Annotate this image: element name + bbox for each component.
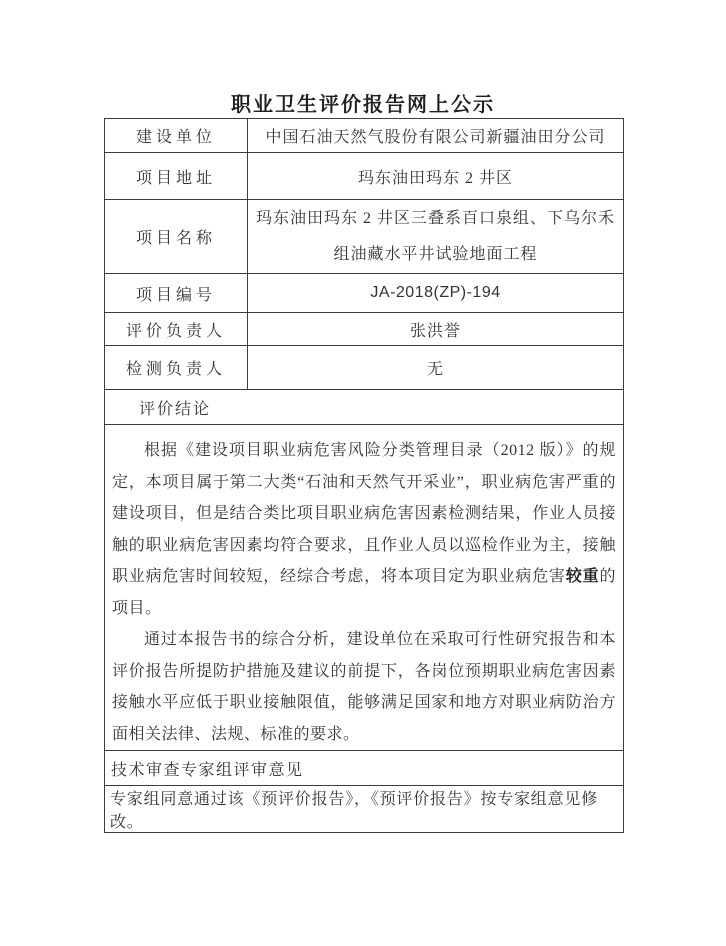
row-label-evaluation-leader: 评价负责人: [105, 313, 248, 346]
row-label-project-address: 项目地址: [105, 153, 248, 200]
row-value-evaluation-leader: 张洪誉: [248, 313, 624, 346]
review-opinion: 专家组同意通过该《预评价报告》，《预评价报告》按专家组意见修改。: [105, 786, 624, 833]
conclusion-paragraph-2: 通过本报告书的综合分析，建设单位在采取可行性研究报告和本评价报告所提防护措施及建…: [112, 624, 616, 750]
review-header: 技术审查专家组评审意见: [105, 751, 624, 786]
table-row-review-header: 技术审查专家组评审意见: [105, 751, 624, 786]
table-row-project-number: 项目编号 JA-2018(ZP)-194: [105, 274, 624, 313]
row-value-project-address: 玛东油田玛东 2 井区: [248, 153, 624, 200]
row-value-project-name: 玛东油田玛东 2 井区三叠系百口泉组、下乌尔禾 组油藏水平井试验地面工程: [248, 200, 624, 274]
row-value-testing-leader: 无: [248, 346, 624, 390]
conclusion-body: 根据《建设项目职业病危害风险分类管理目录（2012 版）》的规定，本项目属于第二…: [105, 425, 624, 751]
table-row-conclusion-header: 评价结论: [105, 390, 624, 425]
table-row-evaluation-leader: 评价负责人 张洪誉: [105, 313, 624, 346]
conclusion-paragraph-1-text: 根据《建设项目职业病危害风险分类管理目录（2012 版）》的规定，本项目属于第二…: [112, 442, 616, 585]
row-label-project-name: 项目名称: [105, 200, 248, 274]
project-name-line-1: 玛东油田玛东 2 井区三叠系百口泉组、下乌尔禾: [248, 201, 623, 237]
conclusion-header: 评价结论: [105, 390, 624, 425]
table-row-conclusion-body: 根据《建设项目职业病危害风险分类管理目录（2012 版）》的规定，本项目属于第二…: [105, 425, 624, 751]
table-row-construction-unit: 建设单位 中国石油天然气股份有限公司新疆油田分公司: [105, 119, 624, 153]
project-name-line-2: 组油藏水平井试验地面工程: [248, 237, 623, 273]
table-row-testing-leader: 检测负责人 无: [105, 346, 624, 390]
document-page: 职业卫生评价报告网上公示 建设单位 中国石油天然气股份有限公司新疆油田分公司 项…: [0, 0, 726, 946]
table-row-project-name: 项目名称 玛东油田玛东 2 井区三叠系百口泉组、下乌尔禾 组油藏水平井试验地面工…: [105, 200, 624, 274]
table-row-review-opinion: 专家组同意通过该《预评价报告》，《预评价报告》按专家组意见修改。: [105, 786, 624, 833]
conclusion-paragraph-1-emphasis: 较重: [566, 568, 600, 585]
table-row-project-address: 项目地址 玛东油田玛东 2 井区: [105, 153, 624, 200]
conclusion-paragraph-1: 根据《建设项目职业病危害风险分类管理目录（2012 版）》的规定，本项目属于第二…: [112, 435, 616, 624]
row-label-project-number: 项目编号: [105, 274, 248, 313]
page-title: 职业卫生评价报告网上公示: [0, 88, 726, 117]
row-label-testing-leader: 检测负责人: [105, 346, 248, 390]
publicity-table: 建设单位 中国石油天然气股份有限公司新疆油田分公司 项目地址 玛东油田玛东 2 …: [104, 118, 624, 833]
row-label-construction-unit: 建设单位: [105, 119, 248, 153]
row-value-construction-unit: 中国石油天然气股份有限公司新疆油田分公司: [248, 119, 624, 153]
row-value-project-number: JA-2018(ZP)-194: [248, 274, 624, 313]
